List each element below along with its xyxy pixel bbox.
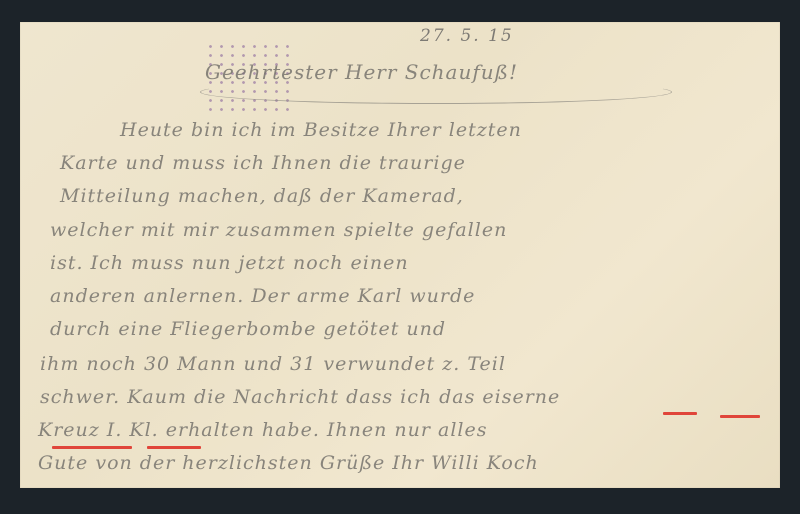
postcard: 27. 5. 15 Geehrtester Herr Schaufuß! Heu… <box>20 22 780 488</box>
red-underline <box>663 412 697 415</box>
text-line: Heute bin ich im Besitze Ihrer letzten <box>120 119 522 141</box>
text-line: welcher mit mir zusammen spielte gefalle… <box>50 219 507 241</box>
text-line: ist. Ich muss nun jetzt noch einen <box>50 252 409 274</box>
text-line: Mitteilung machen, daß der Kamerad, <box>60 185 464 207</box>
text-line: Kreuz I. Kl. erhalten habe. Ihnen nur al… <box>38 419 488 441</box>
date: 27. 5. 15 <box>420 26 514 46</box>
red-underline <box>147 446 201 449</box>
text-line: schwer. Kaum die Nachricht dass ich das … <box>40 386 560 408</box>
text-line: anderen anlernen. Der arme Karl wurde <box>50 285 475 307</box>
text-line: durch eine Fliegerbombe getötet und <box>50 318 446 340</box>
text-line: ihm noch 30 Mann und 31 verwundet z. Tei… <box>40 353 506 375</box>
text-line: Gute von der herzlichsten Grüße Ihr Will… <box>38 452 539 474</box>
red-underline <box>720 415 760 418</box>
red-underline <box>52 446 132 449</box>
text-line: Karte und muss ich Ihnen die traurige <box>60 152 466 174</box>
salutation-flourish <box>200 80 672 104</box>
